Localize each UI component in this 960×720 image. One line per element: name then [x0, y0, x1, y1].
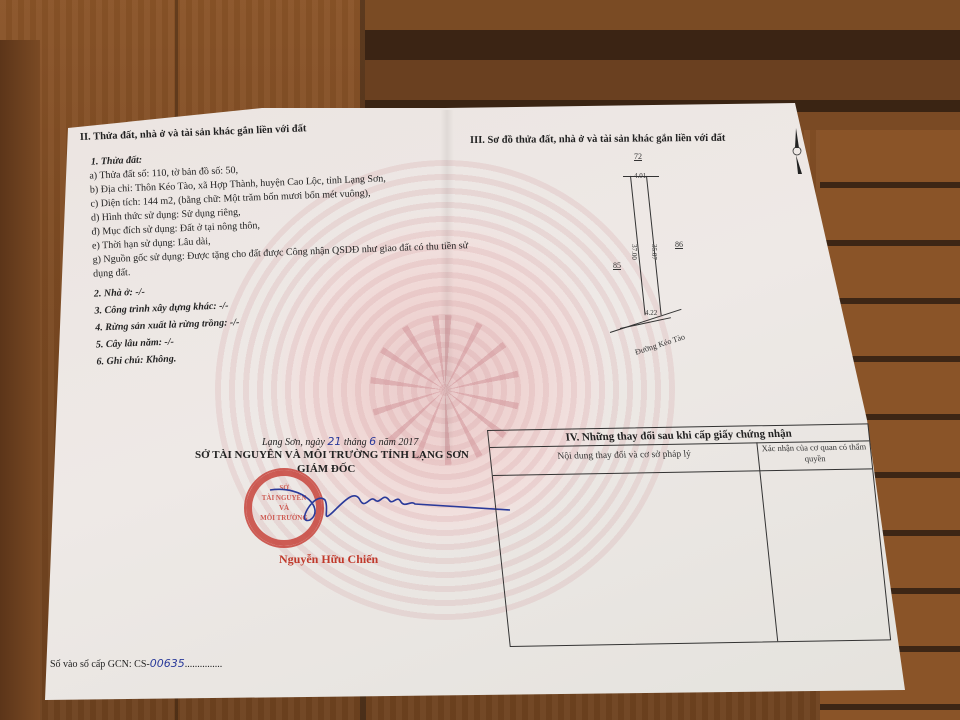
changes-table-column-divider — [756, 442, 778, 641]
neighbor-parcel-left: 85 — [613, 261, 621, 270]
north-arrow-icon — [790, 128, 806, 178]
signer-name: Nguyễn Hữu Chiến — [279, 552, 378, 567]
left-edge-length: 37.00 — [630, 244, 638, 260]
signature — [265, 480, 515, 530]
changes-table: IV. Những thay đổi sau khi cấp giấy chứn… — [487, 423, 891, 647]
date-day: 21 — [327, 435, 341, 448]
issuer-position: GIÁM ĐỐC — [297, 463, 355, 475]
plot-top-edge — [623, 176, 659, 177]
right-edge-length: 35.07 — [650, 244, 658, 260]
date-line: Lạng Sơn, ngày 21 tháng 6 năm 2017 — [262, 435, 418, 448]
wooden-edge — [0, 40, 40, 720]
neighbor-parcel-top: 72 — [634, 152, 642, 161]
registry-line: Số vào sổ cấp GCN: CS-00635.............… — [50, 657, 222, 670]
other-item: 2. Nhà ở: -/- — [94, 287, 145, 300]
month-label: tháng — [341, 437, 369, 448]
page-fold — [440, 110, 454, 460]
land-item: dụng đất. — [93, 267, 131, 279]
year-label: năm 2017 — [376, 437, 418, 448]
column-header-confirmation: Xác nhận của cơ quan có thẩm quyền — [757, 441, 871, 465]
registry-label: Số vào sổ cấp GCN: CS- — [50, 659, 150, 670]
registry-number: 00635 — [150, 657, 185, 670]
bottom-edge-length: 4.22 — [645, 309, 657, 317]
neighbor-parcel-right: 86 — [675, 240, 683, 249]
section-iii-title: III. Sơ đồ thửa đất, nhà ở và tài sản kh… — [470, 133, 725, 146]
issuer-name: SỞ TÀI NGUYÊN VÀ MÔI TRƯỜNG TỈNH LẠNG SƠ… — [195, 449, 469, 461]
registry-dots: ............... — [185, 659, 223, 670]
date-prefix: Lạng Sơn, ngày — [262, 437, 327, 448]
land-heading: 1. Thửa đất: — [91, 155, 143, 168]
